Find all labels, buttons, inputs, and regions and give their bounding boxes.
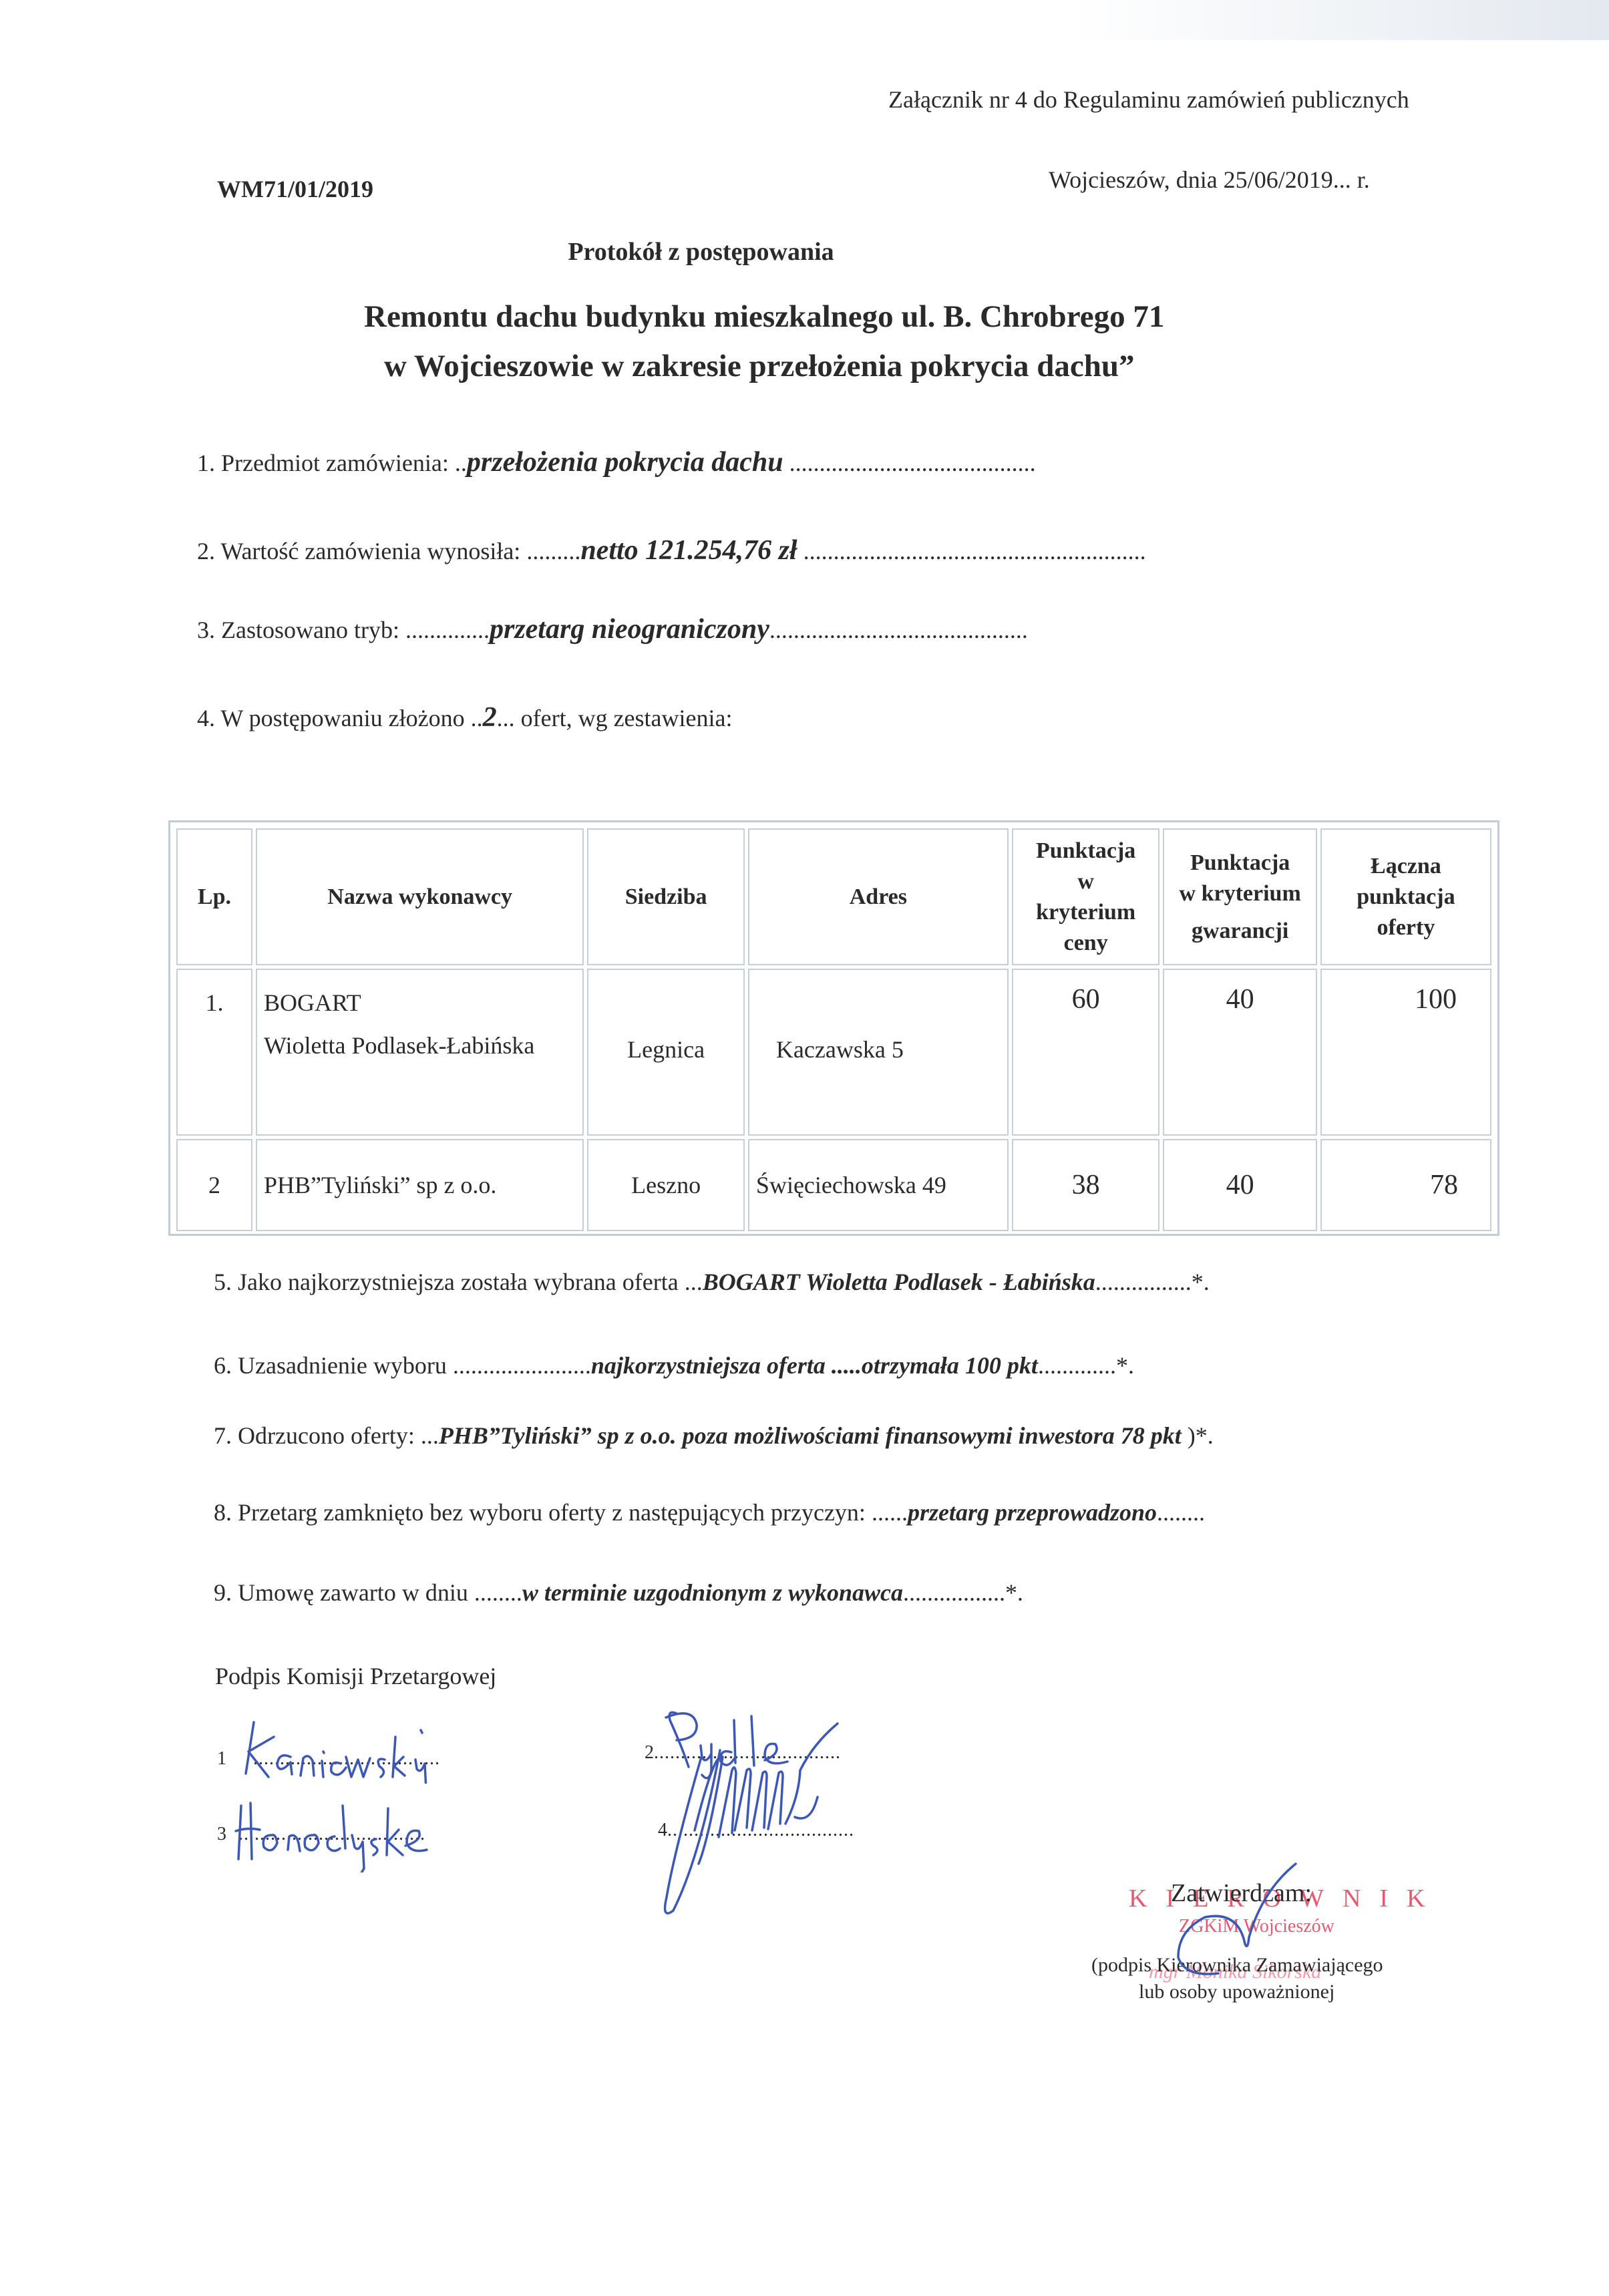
header-total-points: Łączna punktacja oferty (1320, 828, 1491, 965)
header-line: oferty (1328, 913, 1483, 943)
approver-signature (1155, 1850, 1343, 1984)
item-selected-offer: 5. Jako najkorzystniejsza została wybran… (214, 1268, 1210, 1296)
item-trail: ........................................… (783, 450, 1036, 476)
cell-contractor-name: BOGART Wioletta Podlasek-Łabińska (256, 969, 584, 1136)
header-line: Punktacja (1171, 848, 1308, 878)
annex-label: Załącznik nr 4 do Regulaminu zamówień pu… (888, 86, 1409, 114)
cell-price-points: 38 (1012, 1139, 1160, 1231)
handwritten-signature-1 (227, 1710, 441, 1784)
item-label: 4. W postępowaniu złożono .. (197, 705, 483, 731)
item-value: przetarg nieograniczony (490, 614, 769, 645)
item-trail: )*. (1182, 1422, 1214, 1449)
header-line: w kryterium (1171, 878, 1308, 909)
cell-total-points: 100 (1320, 969, 1491, 1136)
signature-number: 1 (217, 1748, 226, 1769)
header-line: Punktacja (1020, 836, 1152, 866)
item-label: 1. Przedmiot zamówienia: .. (197, 450, 467, 476)
item-value: przełożenia pokrycia dachu (467, 447, 783, 478)
item-label: 9. Umowę zawarto w dniu ........ (214, 1579, 522, 1606)
header-lp: Lp. (176, 828, 252, 965)
approver-caption-line-2: lub osoby upoważnionej (1139, 1981, 1334, 2003)
cell-guarantee-points: 40 (1163, 1139, 1316, 1231)
title-line-1: Remontu dachu budynku mieszkalnego ul. B… (364, 299, 1164, 335)
item-value: BOGART Wioletta Podlasek - Łabińska (703, 1269, 1095, 1295)
item-closed-without-selection: 8. Przetarg zamknięto bez wyboru oferty … (214, 1498, 1205, 1526)
item-trail: .............*. (1038, 1352, 1134, 1379)
cell-address: Kaczawska 5 (748, 969, 1009, 1136)
cell-price-points: 60 (1012, 969, 1160, 1136)
header-line: punktacja (1328, 882, 1483, 913)
handwritten-signature-4 (655, 1717, 868, 1924)
reference-number: WM71/01/2019 (217, 175, 373, 203)
signature-number: 3 (217, 1824, 226, 1844)
item-label: 7. Odrzucono oferty: ... (214, 1422, 439, 1449)
title-line-2: w Wojcieszowie w zakresie przełożenia po… (384, 348, 1135, 384)
header-line: kryterium (1020, 897, 1152, 928)
offers-table: Lp. Nazwa wykonawcy Siedziba Adres Punkt… (168, 820, 1499, 1236)
item-label: 6. Uzasadnienie wyboru .................… (214, 1352, 591, 1379)
cell-lp: 1. (176, 969, 252, 1136)
cell-guarantee-points: 40 (1163, 969, 1316, 1136)
item-value: przetarg przeprowadzono (908, 1499, 1157, 1526)
item-trail: ................*. (1095, 1269, 1210, 1295)
item-trail: .................*. (903, 1579, 1023, 1606)
table-row: 2 PHB”Tyliński” sp z o.o. Leszno Święcie… (176, 1139, 1491, 1231)
table-row: 1. BOGART Wioletta Podlasek-Łabińska Leg… (176, 969, 1491, 1136)
header-line: gwarancji (1171, 916, 1308, 947)
item-offers-count: 4. W postępowaniu złożono ..2... ofert, … (197, 701, 732, 733)
cell-lp: 2 (176, 1139, 252, 1231)
cell-seat: Leszno (587, 1139, 745, 1231)
item-label: 5. Jako najkorzystniejsza została wybran… (214, 1269, 703, 1295)
contractor-name-line1: BOGART (264, 989, 361, 1016)
item-trail: ........................................… (797, 538, 1146, 564)
item-value-amount: 2. Wartość zamówienia wynosiła: ........… (197, 534, 1146, 566)
item-justification: 6. Uzasadnienie wyboru .................… (214, 1351, 1134, 1379)
cell-total-points: 78 (1320, 1139, 1491, 1231)
item-label: 3. Zastosowano tryb: .............. (197, 617, 490, 643)
item-value: PHB”Tyliński” sp z o.o. poza możliwościa… (439, 1422, 1182, 1449)
item-value: 2 (483, 702, 497, 733)
item-trail: ........................................… (769, 617, 1028, 643)
item-label: 2. Wartość zamówienia wynosiła: ........… (197, 538, 580, 564)
item-procedure: 3. Zastosowano tryb: ..............przet… (197, 613, 1028, 645)
header-address: Adres (748, 828, 1009, 965)
item-trail: ........ (1157, 1499, 1205, 1526)
item-value: netto 121.254,76 zł (580, 535, 797, 566)
contractor-name-line2: Wioletta Podlasek-Łabińska (264, 1031, 576, 1059)
header-contractor-name: Nazwa wykonawcy (256, 828, 584, 965)
item-trail: ... ofert, wg zestawienia: (497, 705, 733, 731)
header-line: Łączna (1328, 851, 1483, 882)
table-header-row: Lp. Nazwa wykonawcy Siedziba Adres Punkt… (176, 828, 1491, 965)
item-rejected-offers: 7. Odrzucono oferty: ...PHB”Tyliński” sp… (214, 1422, 1214, 1450)
scan-shadow (1069, 0, 1609, 40)
header-line: ceny (1020, 928, 1152, 959)
document-type: Protokół z postępowania (0, 237, 1505, 267)
handwritten-signature-3 (230, 1792, 451, 1872)
header-line: w (1020, 866, 1152, 897)
item-label: 8. Przetarg zamknięto bez wyboru oferty … (214, 1499, 908, 1526)
item-value: najkorzystniejsza oferta .....otrzymała … (591, 1352, 1038, 1379)
cell-contractor-name: PHB”Tyliński” sp z o.o. (256, 1139, 584, 1231)
header-price-points: Punktacja w kryterium ceny (1012, 828, 1160, 965)
header-seat: Siedziba (587, 828, 745, 965)
cell-address: Święciechowska 49 (748, 1139, 1009, 1231)
item-contract-date: 9. Umowę zawarto w dniu ........w termin… (214, 1579, 1023, 1607)
place-date: Wojcieszów, dnia 25/06/2019... r. (1049, 166, 1370, 194)
header-guarantee-points: Punktacja w kryterium gwarancji (1163, 828, 1316, 965)
cell-seat: Legnica (587, 969, 745, 1136)
commission-heading: Podpis Komisji Przetargowej (215, 1662, 496, 1690)
item-value: w terminie uzgodnionym z wykonawca (522, 1579, 903, 1606)
item-subject: 1. Przedmiot zamówienia: ..przełożenia p… (197, 446, 1036, 478)
